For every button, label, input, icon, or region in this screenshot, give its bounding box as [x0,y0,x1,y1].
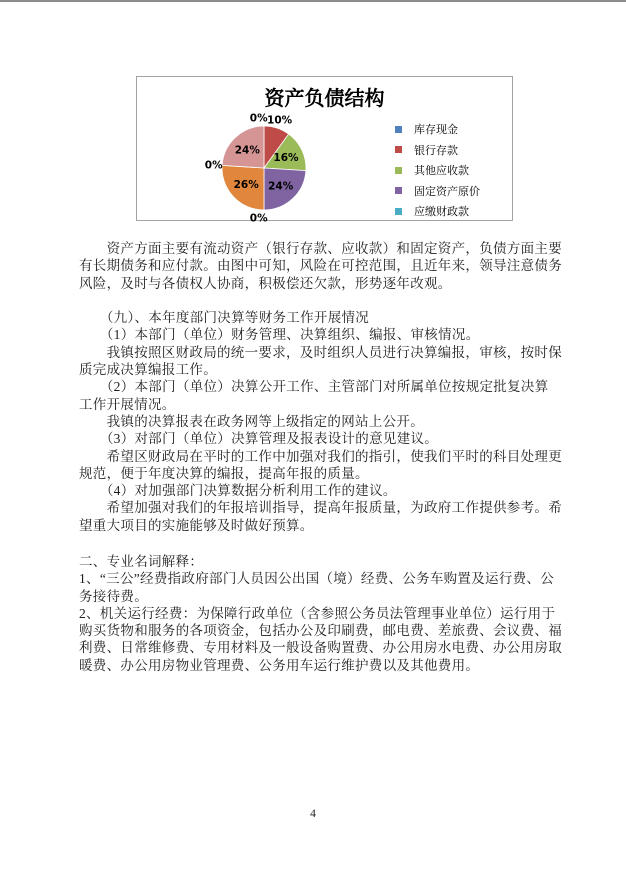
text-line: 有长期债务和应付款。由图中可知，风险在可控范围，且近年来，领导注意债务 [79,257,565,274]
pie-label: 0% [250,112,268,124]
pie-label: 26% [234,179,260,191]
legend-color-marker [395,146,402,153]
text-line: （九）、本年度部门决算等财务工作开展情况 [79,309,565,326]
legend-label: 固定资产原价 [414,183,480,199]
text-line: 购买货物和服务的各项资金，包括办公及印刷费，邮电费、差旅费、会议费、福 [79,622,565,639]
text-line: 工作开展情况。 [79,396,565,413]
legend-label: 应缴财政款 [414,203,469,219]
text-line: （2）本部门（单位）决算公开工作、主管部门对所属单位按规定批复决算 [79,378,565,395]
legend-item: 其他应收款 [395,160,480,181]
text-line: （1）本部门（单位）财务管理、决算组织、编报、审核情况。 [79,326,565,343]
text-line: 我镇按照区财政局的统一要求，及时组织人员进行决算编报，审核，按时保 [79,344,565,361]
text-line: 务接待费。 [79,588,565,605]
text-line: 质完成决算编报工作。 [79,361,565,378]
pie-label: 16% [273,152,299,164]
legend-color-marker [395,126,402,133]
text-line: 希望区财政局在平时的工作中加强对我们的指引，使我们平时的科目处理更 [79,448,565,465]
text-line: 二、专业名词解释： [79,553,565,570]
text-line: 希望加强对我们的年报培训指导，提高年报质量，为政府工作提供参考。希 [79,499,565,516]
pie-label: 24% [235,145,261,157]
document-page: 资产负债结构 0%10%16%24%0%26%0%24% 库存现金银行存款其他应… [0,0,626,884]
text-line: 暖费、办公用房物业管理费、公务用车运行维护费以及其他费用。 [79,657,565,674]
pie-label: 10% [267,115,293,127]
pie-label: 24% [268,180,294,192]
legend-color-marker [395,187,402,194]
asset-liability-chart: 资产负债结构 0%10%16%24%0%26%0%24% 库存现金银行存款其他应… [136,76,513,221]
text-line: 风险，及时与各债权人协商，积极偿还欠款，形势逐年改观。 [79,275,565,292]
text-line: 资产方面主要有流动资产（银行存款、应收款）和固定资产，负债方面主要 [79,240,565,257]
legend-label: 其他应收款 [414,162,469,178]
pie-chart: 0%10%16%24%0%26%0%24% [192,99,336,231]
body-text-section-1: 资产方面主要有流动资产（银行存款、应收款）和固定资产，负债方面主要有长期债务和应… [79,240,565,534]
pie-label: 0% [250,213,268,225]
text-line: 我镇的决算报表在政务网等上级指定的网站上公开。 [79,413,565,430]
page-top-border [0,0,626,2]
legend-label: 库存现金 [414,121,458,137]
text-line: 1、“三公”经费指政府部门人员因公出国（境）经费、公务车购置及运行费、公 [79,570,565,587]
legend-item: 库存现金 [395,119,480,140]
text-line: 望重大项目的实施能够及时做好预算。 [79,517,565,534]
text-line: 利费、日常维修费、专用材料及一般设备购置费、办公用房水电费、办公用房取 [79,639,565,656]
legend-color-marker [395,167,402,174]
legend-item: 应缴财政款 [395,201,480,222]
legend-label: 银行存款 [414,142,458,158]
text-line: （3）对部门（单位）决算管理及报表设计的意见建议。 [79,430,565,447]
text-line: 规范，便于年度决算的编报，提高年报的质量。 [79,465,565,482]
text-line: 2、机关运行经费：为保障行政单位（含参照公务员法管理事业单位）运行用于 [79,605,565,622]
pie-label: 0% [205,159,223,171]
text-line [79,292,565,309]
legend-item: 银行存款 [395,140,480,161]
body-text-section-2: 二、专业名词解释：1、“三公”经费指政府部门人员因公出国（境）经费、公务车购置及… [79,553,565,674]
legend-item: 固定资产原价 [395,181,480,202]
chart-legend: 库存现金银行存款其他应收款固定资产原价应缴财政款 [395,119,480,222]
text-line: （4）对加强部门决算数据分析利用工作的建议。 [79,482,565,499]
legend-color-marker [395,208,402,215]
page-number: 4 [0,808,626,820]
